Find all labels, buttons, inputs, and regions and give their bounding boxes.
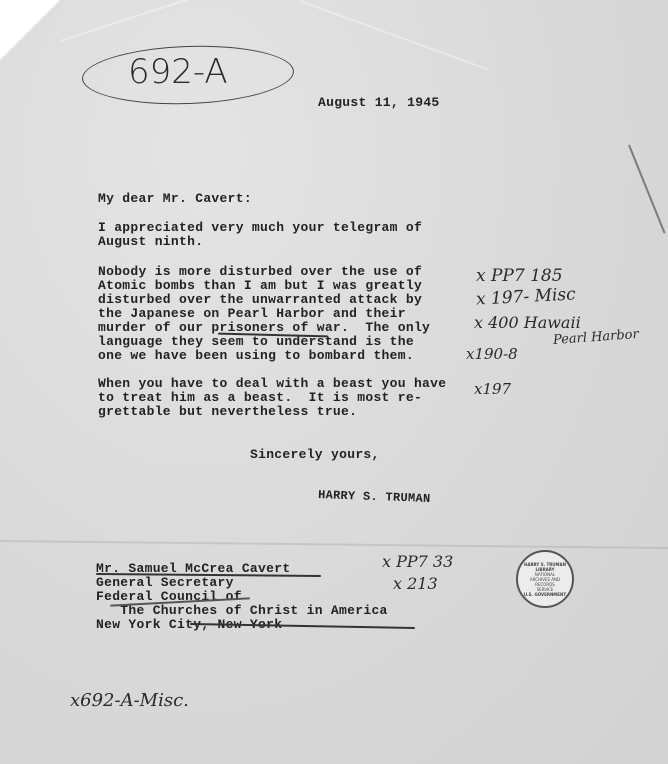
paragraph-line: Nobody is more disturbed over the use of xyxy=(98,264,422,279)
address-note: x 213 xyxy=(393,574,438,593)
margin-note: x190-8 xyxy=(466,345,518,363)
paragraph-line: to treat him as a beast. It is most re- xyxy=(98,390,422,405)
paragraph-line: When you have to deal with a beast you h… xyxy=(98,376,446,391)
margin-note: x 197- Misc xyxy=(476,284,577,309)
paragraph-line: the Japanese on Pearl Harbor and their xyxy=(98,306,406,321)
footer-file-note: x692-A-Misc. xyxy=(70,690,189,711)
signature-block: HARRY S. TRUMAN xyxy=(318,488,431,507)
paper-fold xyxy=(0,540,668,549)
paragraph-line: grettable but nevertheless true. xyxy=(98,404,357,419)
margin-note: x PP7 185 xyxy=(476,266,563,286)
file-number-handwritten: 692-A xyxy=(128,52,228,92)
margin-note: x197 xyxy=(474,380,511,398)
paragraph-line: murder of our prisoners of war. The only xyxy=(98,320,430,335)
paper-crease xyxy=(60,0,308,42)
paragraph-line: one we have been using to bombard them. xyxy=(98,348,414,363)
recipient-title: General Secretary xyxy=(96,575,234,590)
address-note: x PP7 33 xyxy=(382,552,453,571)
salutation: My dear Mr. Cavert: xyxy=(98,191,252,206)
stamp-ring-top: HARRY S. TRUMAN LIBRARY xyxy=(518,562,572,572)
letter-date: August 11, 1945 xyxy=(318,95,440,110)
paragraph-line: August ninth. xyxy=(98,234,203,249)
recipient-org: The Churches of Christ in America xyxy=(96,603,388,618)
paragraph-line: language they seem to understand is the xyxy=(98,334,414,349)
paragraph-line: disturbed over the unwarranted attack by xyxy=(98,292,422,307)
margin-note: x 400 Hawaii xyxy=(474,313,581,332)
paragraph-line: Atomic bombs than I am but I was greatly xyxy=(98,278,422,293)
library-stamp: HARRY S. TRUMAN LIBRARY NATIONAL ARCHIVE… xyxy=(516,550,574,608)
letter-page: 692-A August 11, 1945 My dear Mr. Cavert… xyxy=(0,0,668,764)
torn-corner xyxy=(0,0,60,60)
paragraph-line: I appreciated very much your telegram of xyxy=(98,220,422,235)
pen-stroke-mark xyxy=(628,145,665,234)
stamp-ring-bottom: U.S. GOVERNMENT xyxy=(524,592,566,597)
closing: Sincerely yours, xyxy=(250,447,380,462)
paper-crease xyxy=(300,0,489,70)
